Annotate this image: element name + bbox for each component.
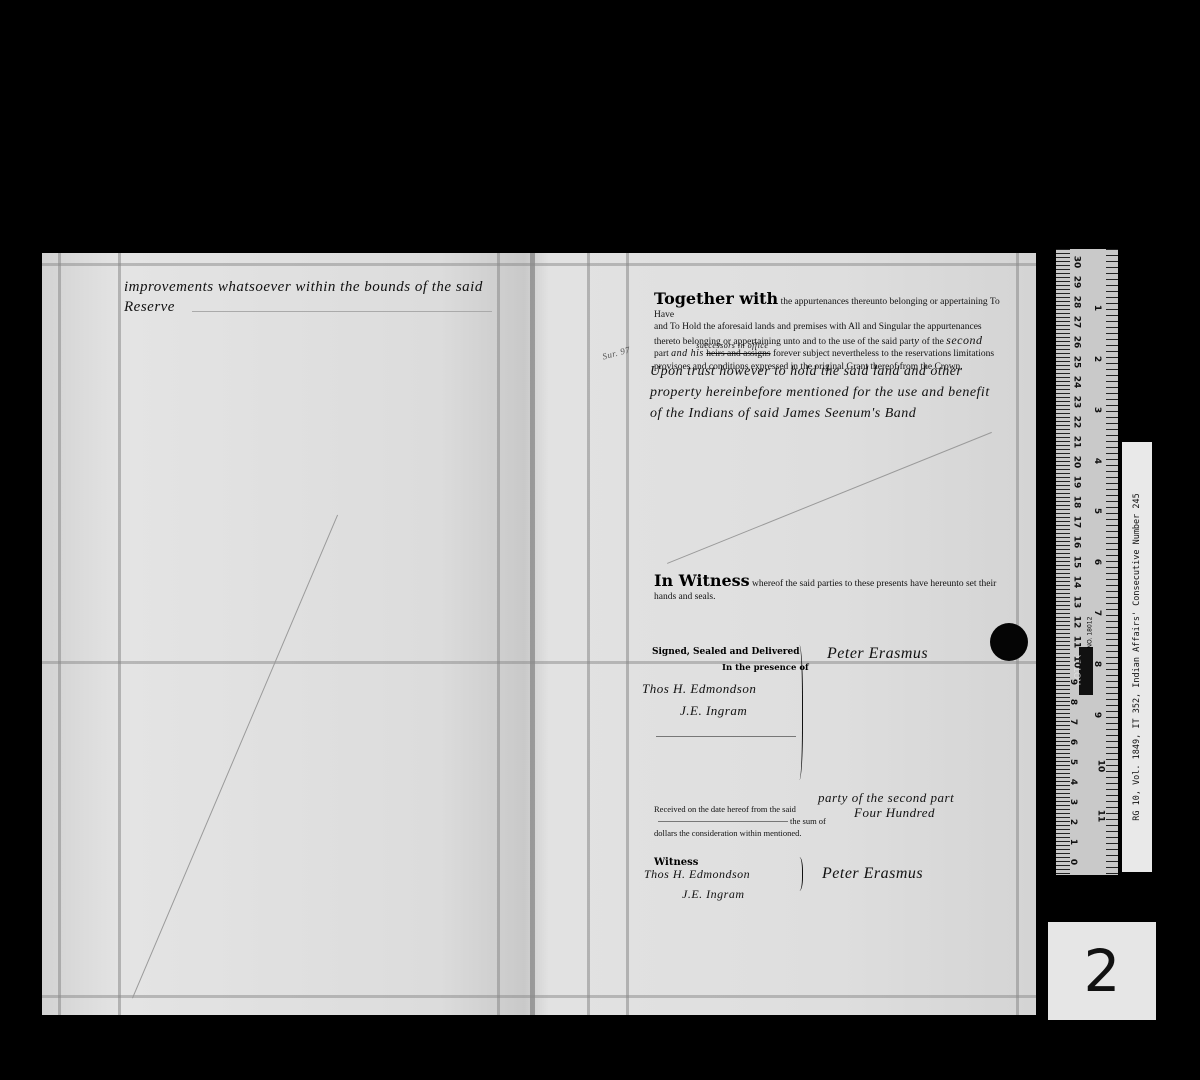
ruler-cm-label: 8 — [1068, 699, 1078, 705]
struck-text: heirs and assignssuccessors in office — [706, 349, 770, 359]
ruler-cm-label: 29 — [1071, 276, 1081, 289]
ruler-inch-ticks — [1106, 249, 1118, 875]
ruler-cm-label: 5 — [1068, 759, 1078, 765]
ruler-cm-label: 11 — [1071, 636, 1081, 649]
wax-seal — [992, 625, 1026, 659]
ruler-brand-badge: ROTEX — [1079, 647, 1093, 695]
ruler-inch-label: 6 — [1092, 559, 1102, 565]
fold-line — [118, 253, 121, 1015]
ruler-cm-label: 6 — [1068, 739, 1078, 745]
cancellation-line — [667, 432, 992, 564]
ruler-cm-label: 13 — [1071, 596, 1081, 609]
ruler-cm-label: 14 — [1071, 576, 1081, 589]
ruler-cm-label: 16 — [1071, 536, 1081, 549]
ruler-inch-label: 11 — [1095, 810, 1105, 823]
ruler-cm-label: 26 — [1071, 336, 1081, 349]
ruler-cm-label: 1 — [1068, 839, 1078, 845]
ruler-cm-label: 0 — [1068, 859, 1078, 865]
party-signature: Peter Erasmus — [822, 865, 923, 883]
receipt-amount: Four Hundred — [854, 805, 935, 821]
ruler-cm-label: 30 — [1071, 256, 1081, 269]
ruler-cm-label: 21 — [1071, 436, 1081, 449]
ruler-cm-label: 12 — [1071, 616, 1081, 629]
ruler-inch-label: 7 — [1092, 610, 1102, 616]
ruler-inch-label: 9 — [1092, 712, 1102, 718]
ruler-cm-label: 24 — [1071, 376, 1081, 389]
witness-signature: J.E. Ingram — [680, 703, 747, 719]
habendum-heading: Together with — [654, 289, 778, 308]
ruler-cm-label: 20 — [1071, 456, 1081, 469]
witness-signature: Thos H. Edmondson — [642, 681, 756, 697]
ruler-cm-label: 7 — [1068, 719, 1078, 725]
brace — [794, 645, 803, 780]
ruler-inch-label: 2 — [1092, 356, 1102, 362]
ruler-inch-label: 1 — [1092, 305, 1102, 311]
fold-line — [42, 263, 1036, 266]
left-handwritten-line-2: Reserve — [124, 299, 175, 316]
ruler-cm-label: 25 — [1071, 356, 1081, 369]
ruler-cm-label: 4 — [1068, 779, 1078, 785]
ruler-cm-label: 19 — [1071, 476, 1081, 489]
ruler-cm-label: 22 — [1071, 416, 1081, 429]
witness-signature: Thos H. Edmondson — [644, 867, 750, 882]
receipt-line-1: Received on the date hereof from the sai… — [654, 803, 796, 816]
fold-line — [42, 995, 1036, 998]
ruler-inch-label: 3 — [1092, 407, 1102, 413]
party-signature: Peter Erasmus — [827, 645, 928, 663]
ruler-cm-label: 28 — [1071, 296, 1081, 309]
fill-line — [192, 311, 492, 312]
ruler-cm-label: 27 — [1071, 316, 1081, 329]
witness-signature: J.E. Ingram — [682, 887, 745, 902]
scanned-document-sheet: improvements whatsoever within the bound… — [42, 253, 1036, 1015]
ruler-inch-label: 5 — [1092, 508, 1102, 514]
ruler-inch-label: 4 — [1092, 457, 1102, 463]
page-number-card: 2 — [1048, 922, 1156, 1020]
execution-label: Signed, Sealed and Delivered — [652, 647, 800, 657]
ruler-cm-label: 23 — [1071, 396, 1081, 409]
ruler-cm-label: 15 — [1071, 556, 1081, 569]
ruler-cm-label: 10 — [1071, 656, 1081, 669]
trust-clause: Upon trust however to hold the said land… — [650, 361, 990, 424]
ruler-inch-label: 10 — [1095, 759, 1105, 772]
fill-line — [656, 736, 796, 737]
ruler-inch-label: 8 — [1092, 661, 1102, 667]
ruler-cm-label: 17 — [1071, 516, 1081, 529]
fold-line — [587, 253, 590, 1015]
measurement-ruler: ROTEX NO. 18012 302928272625242322212019… — [1056, 249, 1118, 875]
fold-line — [626, 253, 629, 1015]
ruler-cm-label: 18 — [1071, 496, 1081, 509]
ruler-cm-label: 2 — [1068, 819, 1078, 825]
archival-reference-label: RG 10, Vol. 1849, IT 352, Indian Affairs… — [1122, 442, 1152, 872]
fold-line — [58, 253, 61, 1015]
receipt-party: party of the second part — [818, 790, 954, 806]
ruler-cm-label: 9 — [1068, 679, 1078, 685]
center-crease — [530, 253, 535, 1015]
ruler-cm-label: 3 — [1068, 799, 1078, 805]
fill-line — [658, 821, 788, 822]
testimonium-clause: In Witness whereof the said parties to t… — [654, 575, 1004, 603]
brace — [794, 857, 803, 891]
cancellation-line — [132, 515, 338, 999]
fold-line — [497, 253, 500, 1015]
left-handwritten-line-1: improvements whatsoever within the bound… — [124, 279, 483, 296]
